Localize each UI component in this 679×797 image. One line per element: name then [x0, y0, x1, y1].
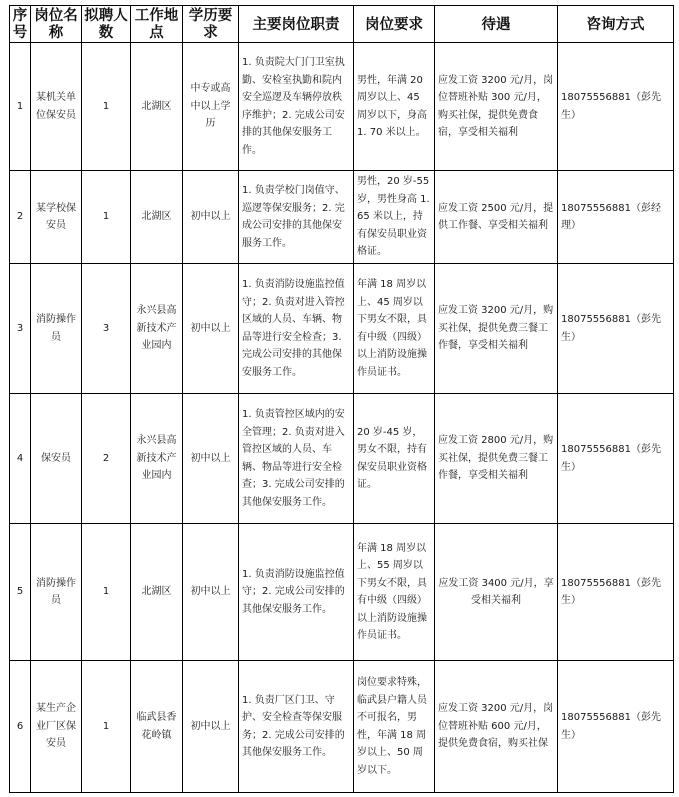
job-listing-table: 序号 岗位名称 拟聘人数 工作地点 学历要求 主要岗位职责 岗位要求 待遇 咨询…	[9, 5, 674, 793]
cell-duties: 1. 负责学校门岗值守、巡逻等保安服务；2. 完成公司安排的其他保安服务工作。	[239, 171, 354, 264]
header-benefits: 待遇	[435, 6, 558, 43]
cell-location: 北湖区	[131, 43, 183, 171]
header-position: 岗位名称	[31, 6, 82, 43]
cell-no: 1	[10, 43, 31, 171]
cell-benefits: 应发工资 3200 元/月，岗位替班补贴 600 元/月，提供免费食宿，购买社保	[435, 661, 558, 793]
cell-duties: 1. 负责厂区门卫、守护、安全检查等保安服务；2. 完成公司安排的其他保安服务工…	[239, 661, 354, 793]
table-row: 6 某生产企业厂区保安员 1 临武县香花岭镇 初中以上 1. 负责厂区门卫、守护…	[10, 661, 674, 793]
cell-contact: 18075556881（彭先生）	[558, 264, 674, 394]
cell-requirements: 年满 18 周岁以上、55 周岁以下男女不限，具有中级（四级）以上消防设施操作员…	[354, 524, 435, 661]
header-headcount: 拟聘人数	[82, 6, 131, 43]
cell-contact: 18075556881（彭先生）	[558, 394, 674, 524]
cell-duties: 1. 负责管控区域内的安全管理；2. 负责对进入管控区域的人员、车辆、物品等进行…	[239, 394, 354, 524]
cell-requirements: 男性，20 岁-55 岁，男性身高 1. 65 米以上，持有保安员职业资格证。	[354, 171, 435, 264]
cell-contact: 18075556881（彭先生）	[558, 661, 674, 793]
table-row: 1 某机关单位保安员 1 北湖区 中专或高中以上学历 1. 负责院大门门卫室执勤…	[10, 43, 674, 171]
cell-education: 初中以上	[183, 524, 239, 661]
cell-position: 消防操作员	[31, 524, 82, 661]
cell-benefits: 应发工资 3200 元/月，岗位替班补贴 300 元/月，购买社保，提供免费食宿…	[435, 43, 558, 171]
cell-headcount: 1	[82, 524, 131, 661]
table-row: 5 消防操作员 1 北湖区 初中以上 1. 负责消防设施监控值守；2. 完成公司…	[10, 524, 674, 661]
cell-contact: 18075556881（彭先生）	[558, 524, 674, 661]
header-location: 工作地点	[131, 6, 183, 43]
cell-education: 初中以上	[183, 661, 239, 793]
cell-position: 消防操作员	[31, 264, 82, 394]
table-row: 2 某学校保安员 1 北湖区 初中以上 1. 负责学校门岗值守、巡逻等保安服务；…	[10, 171, 674, 264]
header-no: 序号	[10, 6, 31, 43]
cell-no: 4	[10, 394, 31, 524]
cell-position: 某生产企业厂区保安员	[31, 661, 82, 793]
cell-no: 3	[10, 264, 31, 394]
header-duties: 主要岗位职责	[239, 6, 354, 43]
cell-requirements: 岗位要求特殊，临武县户籍人员不可报名，男性，年满 18 周岁以上、50 周岁以下…	[354, 661, 435, 793]
cell-headcount: 3	[82, 264, 131, 394]
cell-location: 北湖区	[131, 171, 183, 264]
table-row: 4 保安员 2 永兴县高新技术产业园内 初中以上 1. 负责管控区域内的安全管理…	[10, 394, 674, 524]
cell-location: 临武县香花岭镇	[131, 661, 183, 793]
cell-requirements: 20 岁-45 岁，男女不限，持有保安员职业资格证。	[354, 394, 435, 524]
cell-no: 6	[10, 661, 31, 793]
cell-education: 中专或高中以上学历	[183, 43, 239, 171]
cell-position: 保安员	[31, 394, 82, 524]
cell-duties: 1. 负责消防设施监控值守；2. 完成公司安排的其他保安服务工作。	[239, 524, 354, 661]
table-header-row: 序号 岗位名称 拟聘人数 工作地点 学历要求 主要岗位职责 岗位要求 待遇 咨询…	[10, 6, 674, 43]
cell-location: 永兴县高新技术产业园内	[131, 394, 183, 524]
cell-no: 2	[10, 171, 31, 264]
table-row: 3 消防操作员 3 永兴县高新技术产业园内 初中以上 1. 负责消防设施监控值守…	[10, 264, 674, 394]
cell-no: 5	[10, 524, 31, 661]
header-education: 学历要求	[183, 6, 239, 43]
cell-education: 初中以上	[183, 264, 239, 394]
header-requirements: 岗位要求	[354, 6, 435, 43]
cell-contact: 18075556881（彭经理）	[558, 171, 674, 264]
cell-headcount: 1	[82, 661, 131, 793]
cell-location: 永兴县高新技术产业园内	[131, 264, 183, 394]
cell-benefits: 应发工资 3200 元/月，购买社保，提供免费三餐工作餐，享受相关福利	[435, 264, 558, 394]
cell-requirements: 男性，年满 20 周岁以上、45 周岁以下，身高 1. 70 米以上。	[354, 43, 435, 171]
cell-location: 北湖区	[131, 524, 183, 661]
cell-requirements: 年满 18 周岁以上、45 周岁以下男女不限，具有中级（四级）以上消防设施操作员…	[354, 264, 435, 394]
cell-contact: 18075556881（彭先生）	[558, 43, 674, 171]
cell-duties: 1. 负责消防设施监控值守；2. 负责对进入管控区域的人员、车辆、物品等进行安全…	[239, 264, 354, 394]
cell-headcount: 1	[82, 171, 131, 264]
header-contact: 咨询方式	[558, 6, 674, 43]
cell-education: 初中以上	[183, 394, 239, 524]
cell-position: 某机关单位保安员	[31, 43, 82, 171]
cell-headcount: 1	[82, 43, 131, 171]
cell-benefits: 应发工资 3400 元/月，享受相关福利	[435, 524, 558, 661]
cell-benefits: 应发工资 2800 元/月，购买社保，提供免费三餐工作餐，享受相关福利	[435, 394, 558, 524]
cell-benefits: 应发工资 2500 元/月，提供工作餐、享受相关福利	[435, 171, 558, 264]
cell-duties: 1. 负责院大门门卫室执勤、安检室执勤和院内安全巡逻及车辆停放秩序维护；2. 完…	[239, 43, 354, 171]
cell-education: 初中以上	[183, 171, 239, 264]
cell-headcount: 2	[82, 394, 131, 524]
cell-position: 某学校保安员	[31, 171, 82, 264]
